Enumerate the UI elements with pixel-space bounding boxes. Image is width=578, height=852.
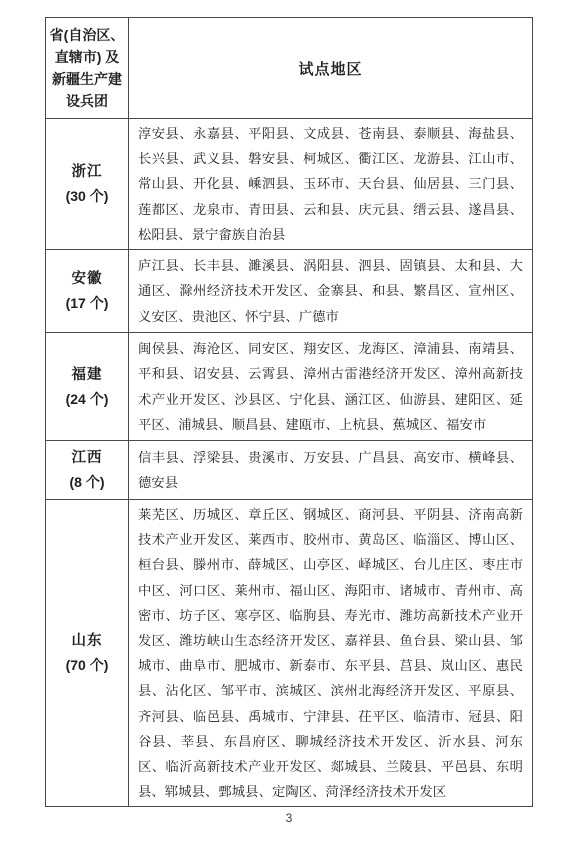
regions-cell-fujian: 闽侯县、海沧区、同安区、翔安区、龙海区、漳浦县、南靖县、平和县、诏安县、云霄县、… xyxy=(129,333,533,441)
province-count: (17 个) xyxy=(47,291,127,315)
table-row: 安徽 (17 个) 庐江县、长丰县、濉溪县、涡阳县、泗县、固镇县、太和县、大通区… xyxy=(46,250,533,333)
province-cell-fujian: 福建 (24 个) xyxy=(46,333,129,441)
province-cell-shandong: 山东 (70 个) xyxy=(46,500,129,807)
table-header-row: 省(自治区、 直辖市) 及 新疆生产建 设兵团 试点地区 xyxy=(46,18,533,119)
province-count: (30 个) xyxy=(47,184,127,208)
province-name: 浙江 xyxy=(47,160,127,184)
province-name: 安徽 xyxy=(47,267,127,291)
province-name: 福建 xyxy=(47,363,127,387)
table-row: 福建 (24 个) 闽侯县、海沧区、同安区、翔安区、龙海区、漳浦县、南靖县、平和… xyxy=(46,333,533,441)
table-row: 山东 (70 个) 莱芜区、历城区、章丘区、钢城区、商河县、平阴县、济南高新技术… xyxy=(46,500,533,807)
province-name: 山东 xyxy=(47,629,127,653)
province-count: (24 个) xyxy=(47,387,127,411)
regions-cell-zhejiang: 淳安县、永嘉县、平阳县、文成县、苍南县、泰顺县、海盐县、长兴县、武义县、磐安县、… xyxy=(129,119,533,250)
header-cell-pilot-areas: 试点地区 xyxy=(129,18,533,119)
province-name: 江西 xyxy=(47,446,127,470)
table-row: 江西 (8 个) 信丰县、浮梁县、贵溪市、万安县、广昌县、高安市、横峰县、德安县 xyxy=(46,441,533,500)
province-cell-zhejiang: 浙江 (30 个) xyxy=(46,119,129,250)
regions-cell-jiangxi: 信丰县、浮梁县、贵溪市、万安县、广昌县、高安市、横峰县、德安县 xyxy=(129,441,533,500)
province-count: (70 个) xyxy=(47,653,127,677)
page-number: 3 xyxy=(0,811,578,825)
table-row: 浙江 (30 个) 淳安县、永嘉县、平阳县、文成县、苍南县、泰顺县、海盐县、长兴… xyxy=(46,119,533,250)
header-cell-province: 省(自治区、 直辖市) 及 新疆生产建 设兵团 xyxy=(46,18,129,119)
province-cell-jiangxi: 江西 (8 个) xyxy=(46,441,129,500)
pilot-areas-table: 省(自治区、 直辖市) 及 新疆生产建 设兵团 试点地区 浙江 (30 个) 淳… xyxy=(45,17,533,807)
province-cell-anhui: 安徽 (17 个) xyxy=(46,250,129,333)
regions-cell-shandong: 莱芜区、历城区、章丘区、钢城区、商河县、平阴县、济南高新技术产业开发区、莱西市、… xyxy=(129,500,533,807)
regions-cell-anhui: 庐江县、长丰县、濉溪县、涡阳县、泗县、固镇县、太和县、大通区、滁州经济技术开发区… xyxy=(129,250,533,333)
document-page: 省(自治区、 直辖市) 及 新疆生产建 设兵团 试点地区 浙江 (30 个) 淳… xyxy=(0,0,578,852)
province-count: (8 个) xyxy=(47,470,127,494)
